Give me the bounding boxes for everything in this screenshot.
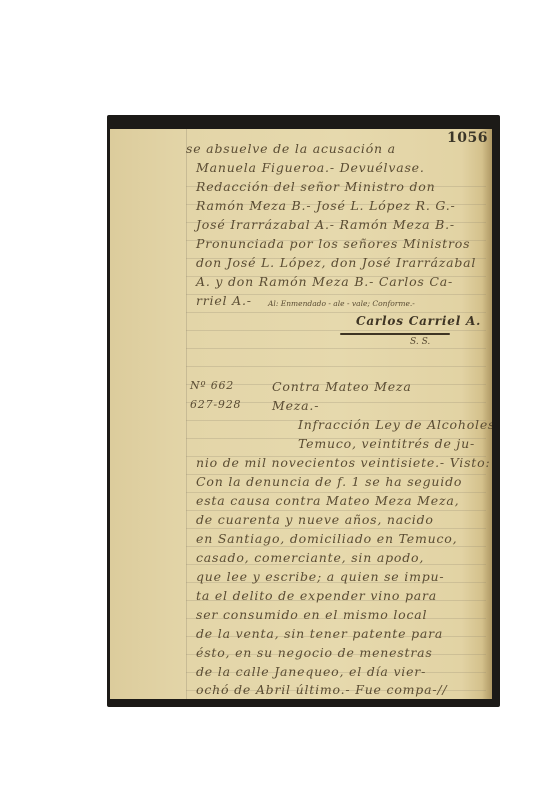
handwritten-line: Ramón Meza B.- José L. López R. G.-: [196, 198, 456, 213]
handwritten-line: ochó de Abril último.- Fue compa-//: [196, 682, 447, 697]
handwritten-line: A. y don Ramón Meza B.- Carlos Ca-: [196, 274, 453, 289]
handwritten-line: de cuarenta y nueve años, nacido: [196, 512, 434, 527]
handwritten-line: casado, comerciante, sin apodo,: [196, 550, 424, 565]
handwritten-line: rriel A.-: [196, 293, 252, 308]
signature-title: S. S.: [410, 337, 430, 347]
handwritten-line: se absuelve de la acusación a: [186, 141, 396, 156]
case-heading: Contra Mateo Meza: [272, 379, 412, 394]
handwritten-line: que lee y escribe; a quien se impu-: [196, 569, 444, 584]
handwritten-line: en Santiago, domiciliado en Temuco,: [196, 531, 457, 546]
case-code: 627-928: [190, 398, 241, 411]
handwritten-line: de la venta, sin tener patente para: [196, 626, 443, 641]
handwritten-line: Pronunciada por los señores Ministros: [196, 236, 470, 251]
folio-number: 1056: [447, 130, 488, 146]
case-heading: Meza.-: [272, 398, 319, 413]
handwritten-line: ta el delito de expender vino para: [196, 588, 437, 603]
ledger-page: 1056 se absuelve de la acusación a Manue…: [110, 129, 492, 699]
handwritten-line: de la calle Janequeo, el día vier-: [196, 664, 426, 679]
marginal-note: Al: Enmendado - ale - vale; Conforme.-: [268, 299, 415, 308]
handwritten-line: ser consumido en el mismo local: [196, 607, 427, 622]
page-gutter-shadow: [482, 129, 492, 699]
handwritten-line: Con la denuncia de f. 1 se ha seguido: [196, 474, 462, 489]
handwritten-line: Redacción del señor Ministro don: [196, 179, 435, 194]
handwritten-line: ésto, en su negocio de menestras: [196, 645, 433, 660]
case-number: Nº 662: [190, 379, 234, 392]
signature-underline: [340, 333, 450, 335]
handwritten-line: Manuela Figueroa.- Devuélvase.: [196, 160, 425, 175]
handwritten-line: nio de mil novecientos veintisiete.- Vis…: [196, 455, 490, 470]
handwritten-line: José Irarrázabal A.- Ramón Meza B.-: [196, 217, 455, 232]
handwritten-line: esta causa contra Mateo Meza Meza,: [196, 493, 459, 508]
handwritten-line: Temuco, veintitrés de ju-: [298, 436, 475, 451]
case-subheading: Infracción Ley de Alcoholes.-: [298, 417, 492, 432]
signature: Carlos Carriel A.: [356, 314, 481, 328]
handwritten-line: don José L. López, don José Irarrázabal: [196, 255, 476, 270]
